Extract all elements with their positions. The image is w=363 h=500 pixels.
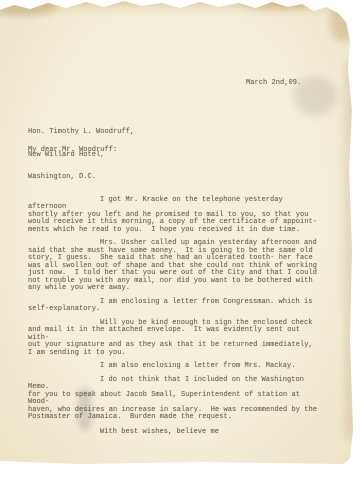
closing-line: With best wishes, believe me <box>28 429 324 437</box>
letter-date: March 2nd,09. <box>246 80 301 88</box>
scanned-letter-page: March 2nd,09. Hon. Timothy L. Woodruff, … <box>0 0 363 500</box>
recipient-name: Hon. Timothy L. Woodruff, <box>28 129 134 137</box>
paragraph: I am also enclosing a letter from Mrs. M… <box>28 363 324 371</box>
paragraph: I got Mr. Kracke on the telephone yester… <box>28 197 324 235</box>
paragraph: I do not think that I included on the Wa… <box>28 377 324 422</box>
signature-line: Yours very sincerely, <box>28 467 324 475</box>
paper-stain-top-right <box>330 2 356 42</box>
paper-edge-discoloration <box>344 60 358 440</box>
letter-paper: March 2nd,09. Hon. Timothy L. Woodruff, … <box>0 0 356 466</box>
paragraph: I am enclosing a letter from Congressman… <box>28 299 324 314</box>
paper-stain-top-left <box>0 0 58 16</box>
paragraph: Mrs. Ussher called up again yesterday af… <box>28 240 324 293</box>
salutation: My dear Mr. Woodruff: <box>28 147 117 155</box>
paragraph: Will you be kind enough to sign the encl… <box>28 320 324 358</box>
letter-body: I got Mr. Kracke on the telephone yester… <box>28 174 324 496</box>
paper-stain-top-middle <box>240 0 320 10</box>
